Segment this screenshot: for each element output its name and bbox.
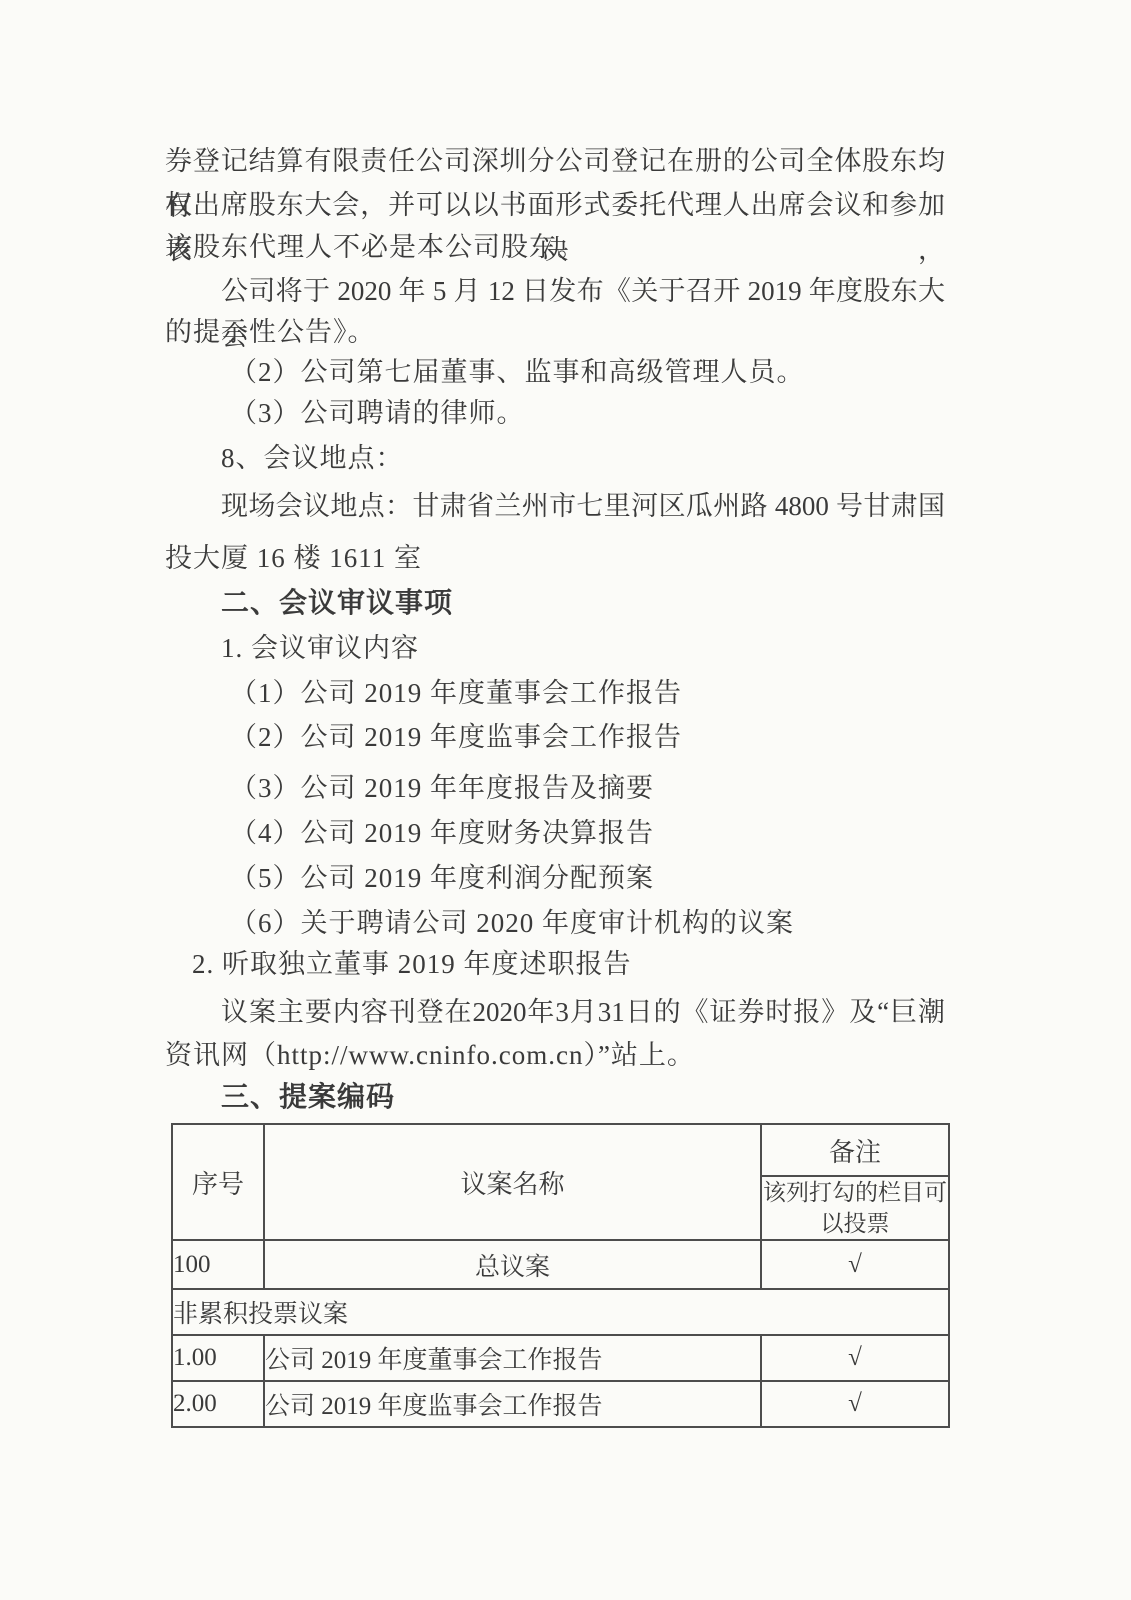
table-row-section-non-cumulative: 非累积投票议案 [172,1289,949,1335]
line-proposal-6: （6）关于聘请公司 2020 年度审计机构的议案 [165,901,945,946]
line-independent-director-report: 2. 听取独立董事 2019 年度述职报告 [165,942,945,987]
cell-seq: 1.00 [172,1335,264,1381]
line-notice-announcement-1: 公司将于 2020 年 5 月 12 日发布《关于召开 2019 年度股东大会 [165,269,945,314]
header-remark-sub-cell: 该列打勾的栏目可以投票 [761,1176,949,1240]
line-attendee-directors: （2）公司第七届董事、监事和高级管理人员。 [165,350,945,395]
heading-proposal-coding: 三、提案编码 [165,1075,945,1120]
cell-seq: 100 [172,1240,264,1289]
line-meeting-location-2: 投大厦 16 楼 1611 室 [165,536,945,581]
line-attendee-lawyers: （3）公司聘请的律师。 [165,391,945,436]
line-meeting-location-1: 现场会议地点：甘肃省兰州市七里河区瓜州路 4800 号甘肃国 [165,484,945,529]
table-header-row-1: 序号 议案名称 备注 [172,1124,949,1176]
table-row-proposal-1: 1.00 公司 2019 年度董事会工作报告 √ [172,1335,949,1381]
line-proposal-4: （4）公司 2019 年度财务决算报告 [165,811,945,856]
header-name-cell: 议案名称 [264,1124,761,1240]
heading-meeting-agenda: 二、会议审议事项 [165,581,945,626]
line-shareholder-registry-3: 该股东代理人不必是本公司股东。 [165,225,945,270]
cell-check-mark: √ [761,1335,949,1381]
line-agenda-content-label: 1. 会议审议内容 [165,626,945,671]
cell-check-mark: √ [761,1240,949,1289]
line-proposal-1: （1）公司 2019 年度董事会工作报告 [165,671,945,716]
line-proposal-5: （5）公司 2019 年度利润分配预案 [165,856,945,901]
cell-seq: 2.00 [172,1381,264,1427]
line-proposal-2: （2）公司 2019 年度监事会工作报告 [165,715,945,760]
line-publication-info-2: 资讯网（http://www.cninfo.com.cn）”站上。 [165,1033,945,1078]
cell-section-label: 非累积投票议案 [172,1289,949,1335]
line-proposal-3: （3）公司 2019 年年度报告及摘要 [165,766,945,811]
document-page: 券登记结算有限责任公司深圳分公司登记在册的公司全体股东均有 权出席股东大会，并可… [0,0,1131,1600]
line-notice-announcement-2: 的提示性公告》。 [165,310,945,355]
cell-name: 总议案 [264,1240,761,1289]
cell-check-mark: √ [761,1381,949,1427]
proposal-code-table: 序号 议案名称 备注 该列打勾的栏目可以投票 100 总议案 √ 非累积投票议案… [171,1123,950,1428]
line-meeting-location-label: 8、会议地点： [165,436,945,481]
cell-name: 公司 2019 年度董事会工作报告 [264,1335,761,1381]
table-row-proposal-2: 2.00 公司 2019 年度监事会工作报告 √ [172,1381,949,1427]
cell-name: 公司 2019 年度监事会工作报告 [264,1381,761,1427]
table-row-total-proposal: 100 总议案 √ [172,1240,949,1289]
line-shareholder-registry-1: 券登记结算有限责任公司深圳分公司登记在册的公司全体股东均有 [165,139,945,184]
header-remark-cell: 备注 [761,1124,949,1176]
line-shareholder-registry-2: 权出席股东大会，并可以以书面形式委托代理人出席会议和参加表决， [165,183,945,228]
line-publication-info-1: 议案主要内容刊登在2020年3月31日的《证券时报》及“巨潮 [165,990,945,1035]
header-seq-cell: 序号 [172,1124,264,1240]
